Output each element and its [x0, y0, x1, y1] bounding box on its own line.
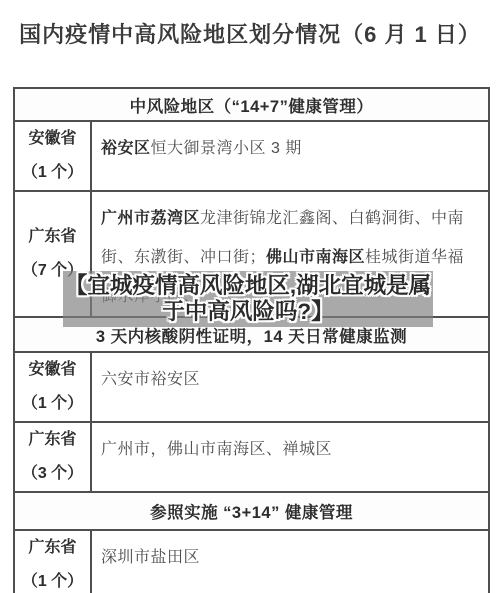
caption-line-1: 【宜城疫情高风险地区,湖北宜城是属 [65, 273, 431, 299]
region-cell: 深圳市盐田区 [91, 530, 489, 593]
region-cell: 裕安区恒大御景湾小区 3 期 [91, 121, 489, 191]
province-name: 广东省 [15, 531, 90, 565]
region-text: 恒大御景湾小区 3 期 [151, 140, 302, 157]
section-header-reference: 参照实施 “3+14” 健康管理 [14, 492, 489, 530]
province-cell: 广东省 （1 个） [14, 530, 91, 593]
region-text: 六安市裕安区 [101, 371, 200, 388]
risk-area-table: 中风险地区（“14+7”健康管理） 安徽省 （1 个） 裕安区恒大御景湾小区 3… [13, 87, 490, 593]
region-bold: 佛山市南海区 [266, 249, 365, 266]
table-row: 安徽省 （1 个） 裕安区恒大御景湾小区 3 期 [14, 121, 489, 191]
province-count: （1 个） [15, 387, 90, 421]
caption-overlay: 【宜城疫情高风险地区,湖北宜城是属 于中高风险吗?】 [63, 271, 433, 327]
province-name: 广东省 [15, 423, 90, 457]
province-name: 广东省 [15, 220, 90, 254]
article-page: 国内疫情中高风险地区划分情况（6 月 1 日） 中风险地区（“14+7”健康管理… [0, 0, 500, 593]
province-count: （1 个） [15, 565, 90, 593]
province-cell: 广东省 （3 个） [14, 422, 91, 492]
table-row: 广东省 （1 个） 深圳市盐田区 [14, 530, 489, 593]
region-bold: 裕安区 [101, 140, 151, 157]
region-text: 深圳市盐田区 [101, 549, 200, 566]
section-header-medium-risk: 中风险地区（“14+7”健康管理） [14, 88, 489, 121]
province-name: 安徽省 [15, 353, 90, 387]
province-count: （1 个） [15, 156, 90, 190]
table-row: 安徽省 （1 个） 六安市裕安区 [14, 352, 489, 422]
page-title: 国内疫情中高风险地区划分情况（6 月 1 日） [0, 18, 500, 49]
region-cell: 广州市，佛山市南海区、禅城区 [91, 422, 489, 492]
province-count: （3 个） [15, 457, 90, 491]
province-name: 安徽省 [15, 122, 90, 156]
section-header-label: 中风险地区（“14+7”健康管理） [14, 88, 489, 121]
table-row: 广东省 （3 个） 广州市，佛山市南海区、禅城区 [14, 422, 489, 492]
province-cell: 安徽省 （1 个） [14, 121, 91, 191]
caption-line-2: 于中高风险吗?】 [162, 299, 333, 325]
region-cell: 六安市裕安区 [91, 352, 489, 422]
section-header-label: 参照实施 “3+14” 健康管理 [14, 492, 489, 530]
region-bold: 广州市荔湾区 [101, 210, 200, 227]
province-cell: 安徽省 （1 个） [14, 352, 91, 422]
region-text: 广州市，佛山市南海区、禅城区 [101, 441, 332, 458]
